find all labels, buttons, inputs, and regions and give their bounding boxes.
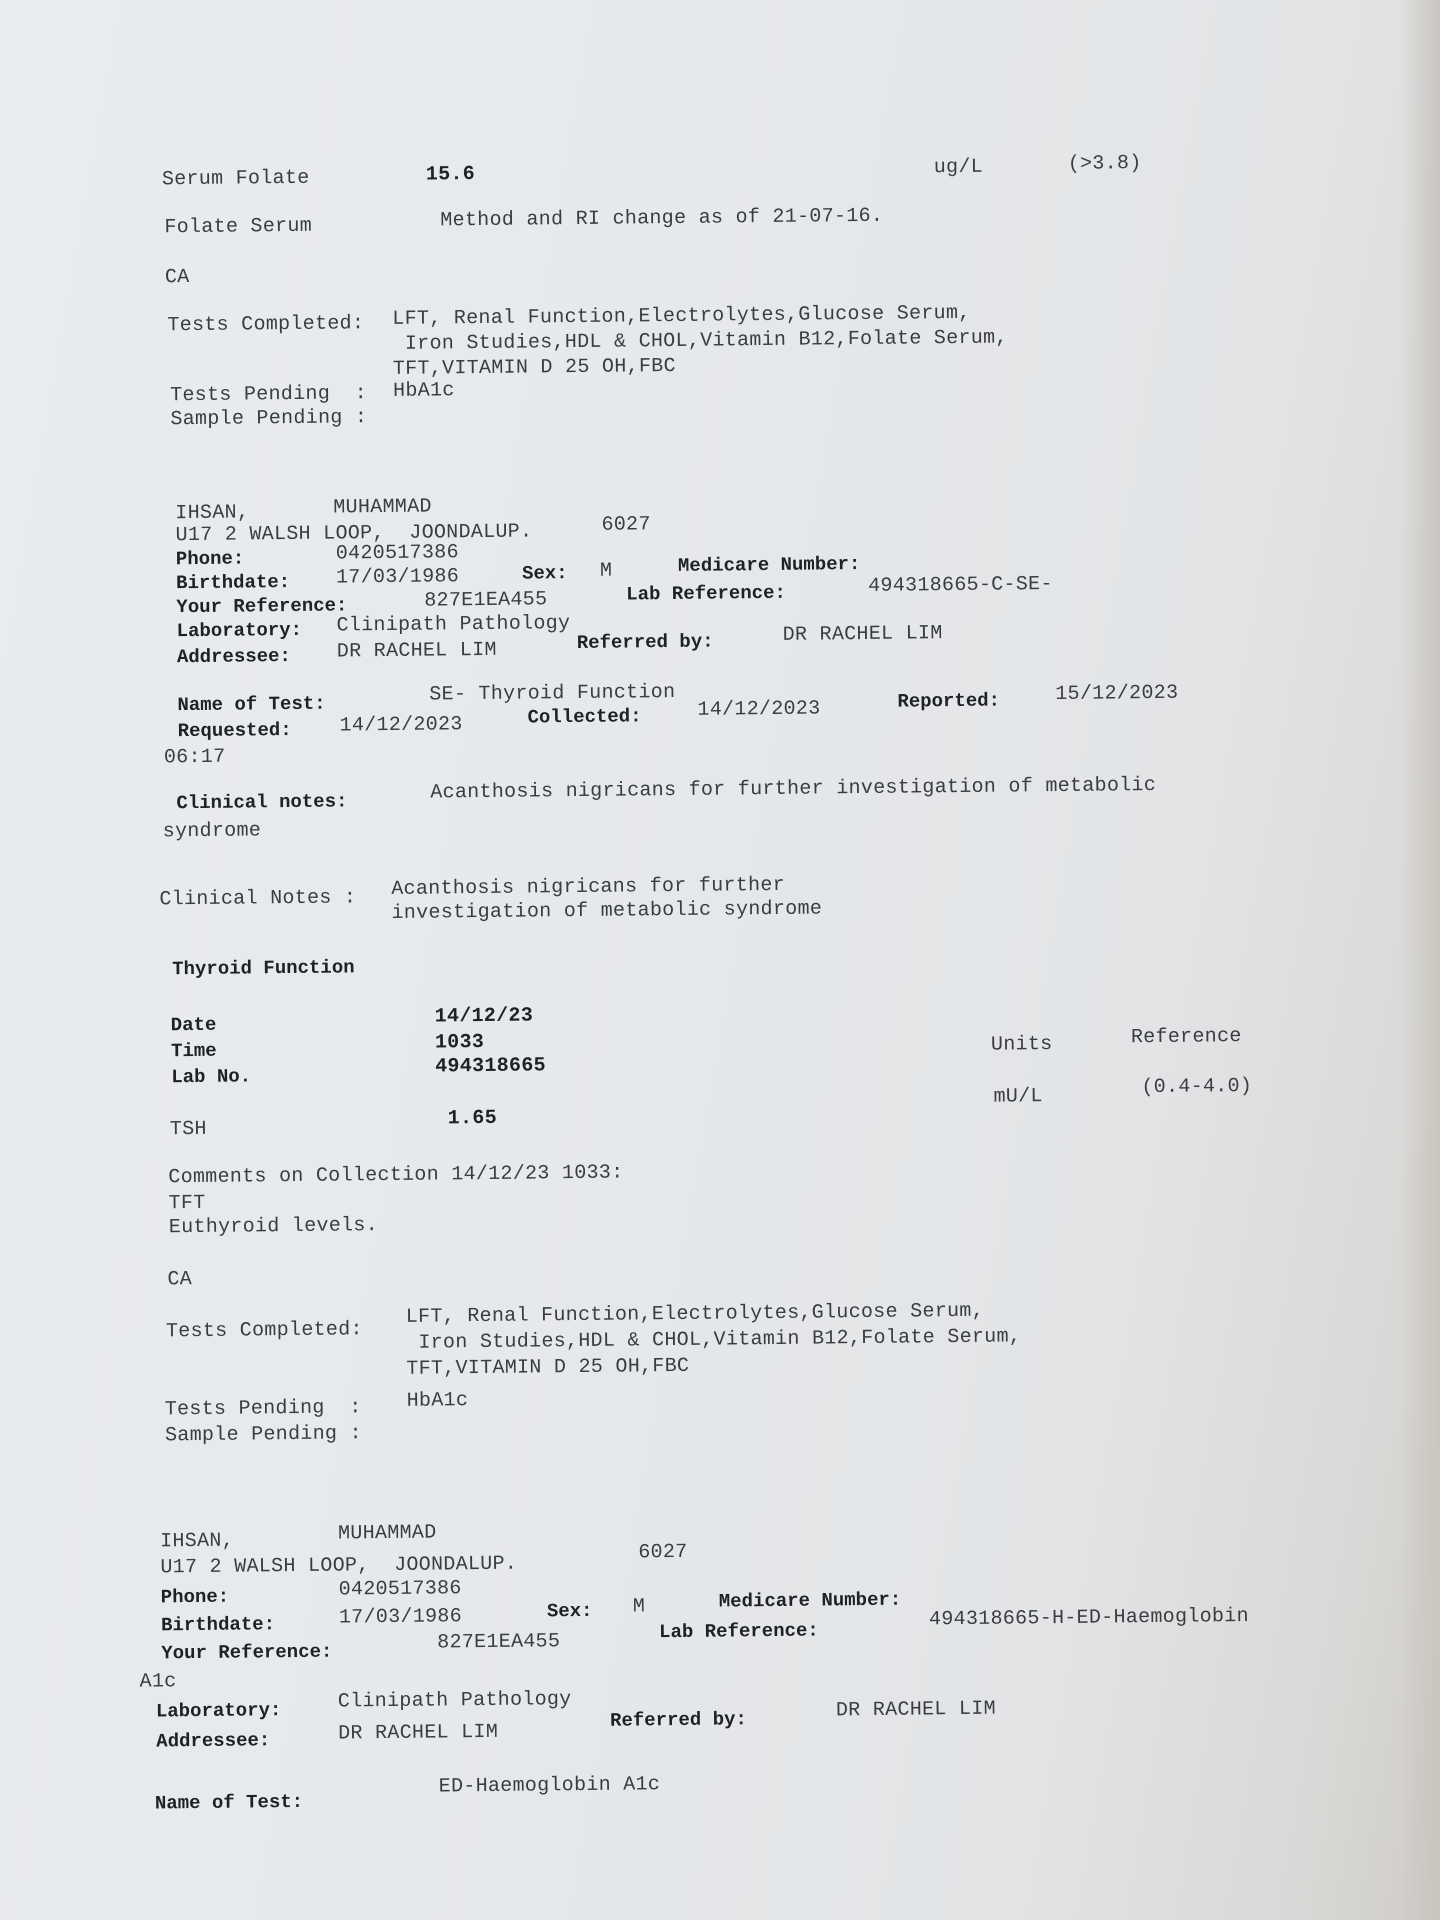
addressee: DR RACHEL LIM <box>337 639 497 664</box>
medicare-label: Medicare Number: <box>719 1589 902 1613</box>
your-reference: 827E1EA455 <box>437 1630 560 1654</box>
folate-test-name: Serum Folate <box>162 167 310 192</box>
comment-line: TFT <box>168 1192 205 1215</box>
comment-line: Euthyroid levels. <box>169 1214 378 1239</box>
patient-sex: M <box>600 560 613 583</box>
collected-date: 14/12/2023 <box>697 697 820 721</box>
folate-units: ug/L <box>934 156 983 180</box>
patient-surname: IHSAN, <box>175 501 249 525</box>
collected-label: Collected: <box>527 705 641 728</box>
requested-date: 14/12/2023 <box>340 713 463 737</box>
addressee: DR RACHEL LIM <box>338 1721 498 1746</box>
referred-by-label: Referred by: <box>577 631 714 654</box>
tests-pending-label: Tests Pending : <box>170 382 367 407</box>
patient-surname: IHSAN, <box>160 1530 234 1554</box>
requested-label: Requested: <box>178 719 292 742</box>
test-name: ED-Haemoglobin A1c <box>439 1773 661 1798</box>
tests-completed-label: Tests Completed: <box>166 1318 363 1343</box>
folate-note-label: Folate Serum <box>164 215 312 240</box>
referred-by: DR RACHEL LIM <box>783 622 943 647</box>
lab-reference-wrap: A1c <box>140 1670 177 1693</box>
birthdate-label: Birthdate: <box>176 571 290 594</box>
tests-completed-line: Iron Studies,HDL & CHOL,Vitamin B12,Fola… <box>406 1325 1021 1354</box>
patient-birthdate: 17/03/1986 <box>339 1605 462 1629</box>
tests-completed-label: Tests Completed: <box>167 312 364 337</box>
tests-pending-value: HbA1c <box>393 379 455 403</box>
your-reference-label: Your Reference: <box>161 1641 332 1665</box>
test-name: SE- Thyroid Function <box>429 681 675 707</box>
ca-label: CA <box>165 266 190 289</box>
your-reference: 827E1EA455 <box>424 588 547 612</box>
patient-phone: 0420517386 <box>336 541 459 565</box>
sample-pending-label: Sample Pending : <box>165 1422 362 1447</box>
laboratory-label: Laboratory: <box>177 619 303 642</box>
patient-phone: 0420517386 <box>339 1577 462 1601</box>
lab-no: 494318665 <box>435 1054 546 1078</box>
referred-by: DR RACHEL LIM <box>836 1698 996 1723</box>
patient-given-name: MUHAMMAD <box>333 496 432 520</box>
tests-pending-label: Tests Pending : <box>165 1396 362 1421</box>
requested-time: 06:17 <box>164 746 226 770</box>
patient-birthdate: 17/03/1986 <box>336 565 459 589</box>
your-reference-label: Your Reference: <box>176 594 347 618</box>
clinical-notes-2: Acanthosis nigricans for further <box>391 874 785 901</box>
tests-completed-line: TFT,VITAMIN D 25 OH,FBC <box>406 1355 689 1381</box>
collection-time: 1033 <box>435 1031 484 1055</box>
time-label: Time <box>171 1040 217 1062</box>
referred-by-label: Referred by: <box>610 1708 747 1731</box>
patient-postcode: 6027 <box>638 1541 687 1565</box>
reported-date: 15/12/2023 <box>1055 682 1178 706</box>
comments-header: Comments on Collection 14/12/23 1033: <box>168 1162 623 1190</box>
tests-completed-line: LFT, Renal Function,Electrolytes,Glucose… <box>392 302 970 331</box>
reference-header: Reference <box>1131 1025 1242 1049</box>
tests-completed-line: LFT, Renal Function,Electrolytes,Glucose… <box>406 1300 984 1329</box>
units-header: Units <box>991 1033 1053 1057</box>
folate-value: 15.6 <box>426 163 475 187</box>
date-label: Date <box>171 1014 217 1036</box>
lab-no-label: Lab No. <box>171 1065 251 1088</box>
patient-sex: M <box>633 1595 646 1618</box>
folate-reference: (>3.8) <box>1068 152 1142 176</box>
name-of-test-label: Name of Test: <box>177 693 325 717</box>
clinical-notes-2-cont: investigation of metabolic syndrome <box>391 897 822 925</box>
result-value: 1.65 <box>448 1107 497 1131</box>
tests-completed-line: Iron Studies,HDL & CHOL,Vitamin B12,Fola… <box>393 326 1008 355</box>
clinical-notes-cont: syndrome <box>163 819 262 843</box>
clinical-notes: Acanthosis nigricans for further investi… <box>430 774 1156 805</box>
lab-reference: 494318665-H-ED-Haemoglobin <box>929 1605 1249 1631</box>
lab-report-page: Serum Folate 15.6 ug/L (>3.8) Folate Ser… <box>0 0 1420 1920</box>
phone-label: Phone: <box>161 1586 230 1609</box>
addressee-label: Addressee: <box>177 645 291 668</box>
phone-label: Phone: <box>176 547 245 570</box>
collection-date: 14/12/23 <box>435 1004 534 1028</box>
lab-reference-label: Lab Reference: <box>626 582 786 606</box>
medicare-label: Medicare Number: <box>678 553 861 577</box>
reported-label: Reported: <box>897 690 1000 713</box>
result-reference: (0.4-4.0) <box>1141 1075 1252 1099</box>
paper-edge-shadow <box>1400 0 1440 1920</box>
name-of-test-label: Name of Test: <box>155 1791 303 1815</box>
result-units: mU/L <box>993 1085 1042 1109</box>
lab-reference-label: Lab Reference: <box>659 1620 819 1644</box>
birthdate-label: Birthdate: <box>161 1613 275 1636</box>
sex-label: Sex: <box>522 562 568 584</box>
addressee-label: Addressee: <box>156 1729 270 1752</box>
sample-pending-label: Sample Pending : <box>170 406 367 431</box>
laboratory: Clinipath Pathology <box>338 1688 572 1713</box>
laboratory: Clinipath Pathology <box>336 612 570 637</box>
result-name: TSH <box>170 1118 207 1141</box>
clinical-notes-label: Clinical notes: <box>176 790 347 814</box>
tests-completed-line: TFT,VITAMIN D 25 OH,FBC <box>393 355 676 381</box>
clinical-notes-2-label: Clinical Notes : <box>159 886 356 911</box>
tests-pending-value: HbA1c <box>407 1389 469 1413</box>
laboratory-label: Laboratory: <box>156 1699 282 1722</box>
patient-postcode: 6027 <box>601 513 650 537</box>
lab-reference: 494318665-C-SE- <box>868 573 1053 598</box>
ca-label: CA <box>167 1268 192 1291</box>
folate-note: Method and RI change as of 21-07-16. <box>440 205 883 233</box>
sex-label: Sex: <box>547 1600 593 1622</box>
patient-address: U17 2 WALSH LOOP, JOONDALUP. <box>160 1553 517 1580</box>
patient-given-name: MUHAMMAD <box>338 1522 437 1546</box>
section-title: Thyroid Function <box>172 956 355 980</box>
